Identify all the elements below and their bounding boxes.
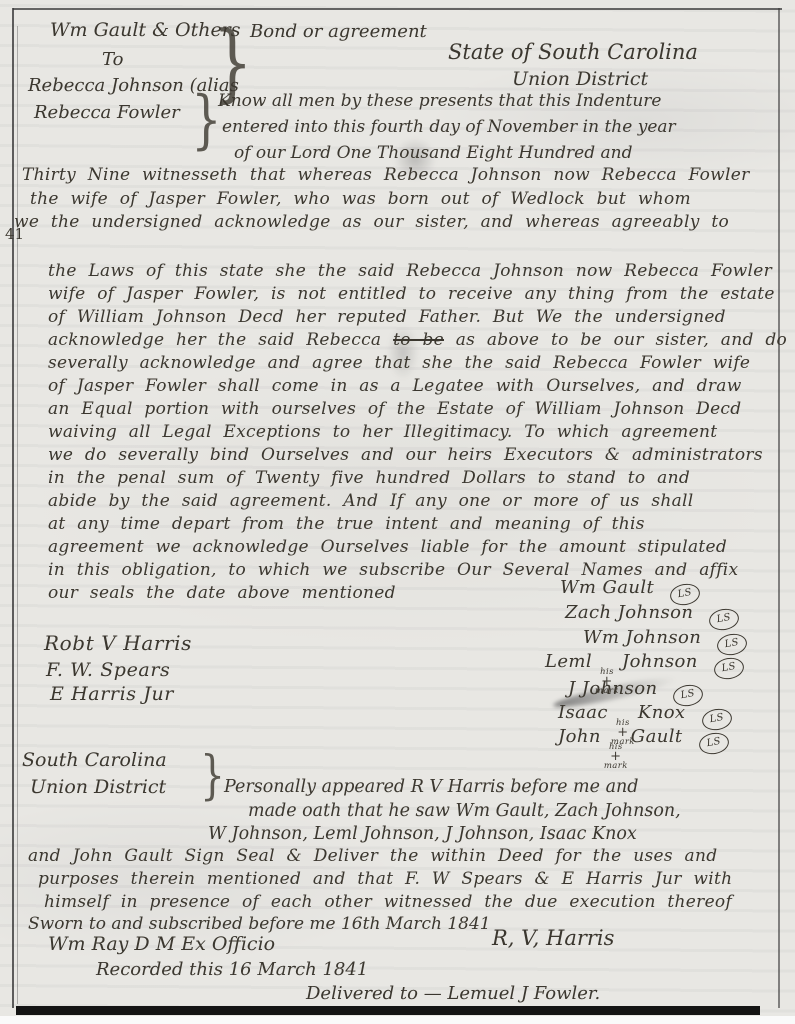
seal-label: LS [716,612,732,625]
probate-line: made oath that he saw Wm Gault, Zach Joh… [248,801,681,821]
signature-name: Isaac [558,702,608,723]
body-line-with-strikethrough: acknowledge her the said Rebecca to be a… [48,331,787,351]
heading-district: Union District [512,69,648,91]
probate-line: W Johnson, Leml Johnson, J Johnson, Isaa… [208,824,637,844]
seal-label: LS [680,688,696,701]
probate-line: Personally appeared R V Harris before me… [224,777,638,797]
docket-party2-line2: Rebecca Fowler [34,103,180,124]
probate-state: South Carolina [22,750,167,772]
page-top-edge [13,8,782,10]
struck-text: to be [393,330,444,350]
body-line: our seals the date above mentioned [48,584,396,604]
signature-zach-johnson: Zach JohnsonLS [565,603,739,630]
seal-label: LS [705,736,721,749]
probate-district: Union District [30,777,166,799]
justice-signature: R, V, Harris [492,926,614,950]
signature-name: Wm Johnson [583,627,701,648]
margin-page-note: 41 [5,226,24,243]
witness-signature: F. W. Spears [46,660,170,682]
recorded-note: Recorded this 16 March 1841 [96,960,368,981]
body-line: of Jasper Fowler shall come in as a Lega… [48,377,742,397]
document-type-label: Bond or agreement [250,22,427,43]
signature-name: Wm Gault [560,577,654,598]
probate-brace: } [200,750,225,802]
signature-name: Johnson [622,651,698,672]
scan-bottom-margin [0,1016,795,1024]
probate-line: himself in presence of each other witnes… [44,893,732,913]
page-left-edge [12,8,14,1008]
probate-line: and John Gault Sign Seal & Deliver the w… [28,847,717,867]
his-mark-annotation: his+mark [604,744,628,770]
signature-name: Gault [631,726,683,747]
officer-signature: Wm Ray D M Ex Officio [48,934,275,956]
delivered-note: Delivered to — Lemuel J Fowler. [306,984,600,1005]
body-text: as above to be our sister, and do [444,330,787,350]
preamble-line: we the undersigned acknowledge as our si… [14,213,729,233]
signature-name: Zach Johnson [565,602,693,623]
body-line: waiving all Legal Exceptions to her Ille… [48,423,717,443]
seal-label: LS [677,587,693,600]
body-line: we do severally bind Ourselves and our h… [48,446,763,466]
body-line: the Laws of this state she the said Rebe… [48,262,772,282]
seal-label: LS [708,712,724,725]
heading-state: State of South Carolina [448,40,698,64]
mark-word-mark: mark [604,763,628,770]
seal-icon: LS [712,656,745,682]
body-line: of William Johnson Decd her reputed Fath… [48,308,726,328]
witness-signature: Robt V Harris [44,632,192,655]
body-line: abide by the said agreement. And If any … [48,492,694,512]
signature-name: Leml [545,651,592,672]
preamble-line: Thirty Nine witnesseth that whereas Rebe… [22,166,750,186]
signature-name: John [558,726,601,747]
signature-wm-gault: Wm GaultLS [560,578,700,605]
body-line: agreement we acknowledge Ourselves liabl… [48,538,727,558]
body-line: severally acknowledge and agree that she… [48,354,750,374]
seal-label: LS [724,637,740,650]
seal-label: LS [721,661,737,674]
body-line: an Equal portion with ourselves of the E… [48,400,741,420]
sworn-statement: Sworn to and subscribed before me 16th M… [28,915,491,935]
probate-line: purposes therein mentioned and that F. W… [38,870,732,890]
docket-vs: To [102,50,123,71]
signature-name: Knox [638,702,686,723]
body-line: in the penal sum of Twenty five hundred … [48,469,690,489]
body-text: acknowledge her the said Rebecca [48,330,393,350]
page-left-inner-edge [17,26,18,1004]
signature-john-gault: Johnhis+markGaultLS [558,727,729,770]
witness-signature: E Harris Jur [50,684,174,706]
opening-line: of our Lord One Thousand Eight Hundred a… [234,144,632,164]
opening-line: Know all men by these presents that this… [218,92,662,112]
scanned-document-page: Wm Gault & Others To Rebecca Johnson (al… [0,0,795,1024]
signature-name: J Johnson [568,678,657,699]
scan-bottom-bar [16,1006,760,1015]
opening-line: entered into this fourth day of November… [222,118,676,138]
preamble-line: the wife of Jasper Fowler, who was born … [30,190,691,210]
body-line: wife of Jasper Fowler, is not entitled t… [48,285,775,305]
page-right-edge [778,8,780,1008]
body-line: at any time depart from the true intent … [48,515,645,535]
seal-icon: LS [697,731,730,757]
